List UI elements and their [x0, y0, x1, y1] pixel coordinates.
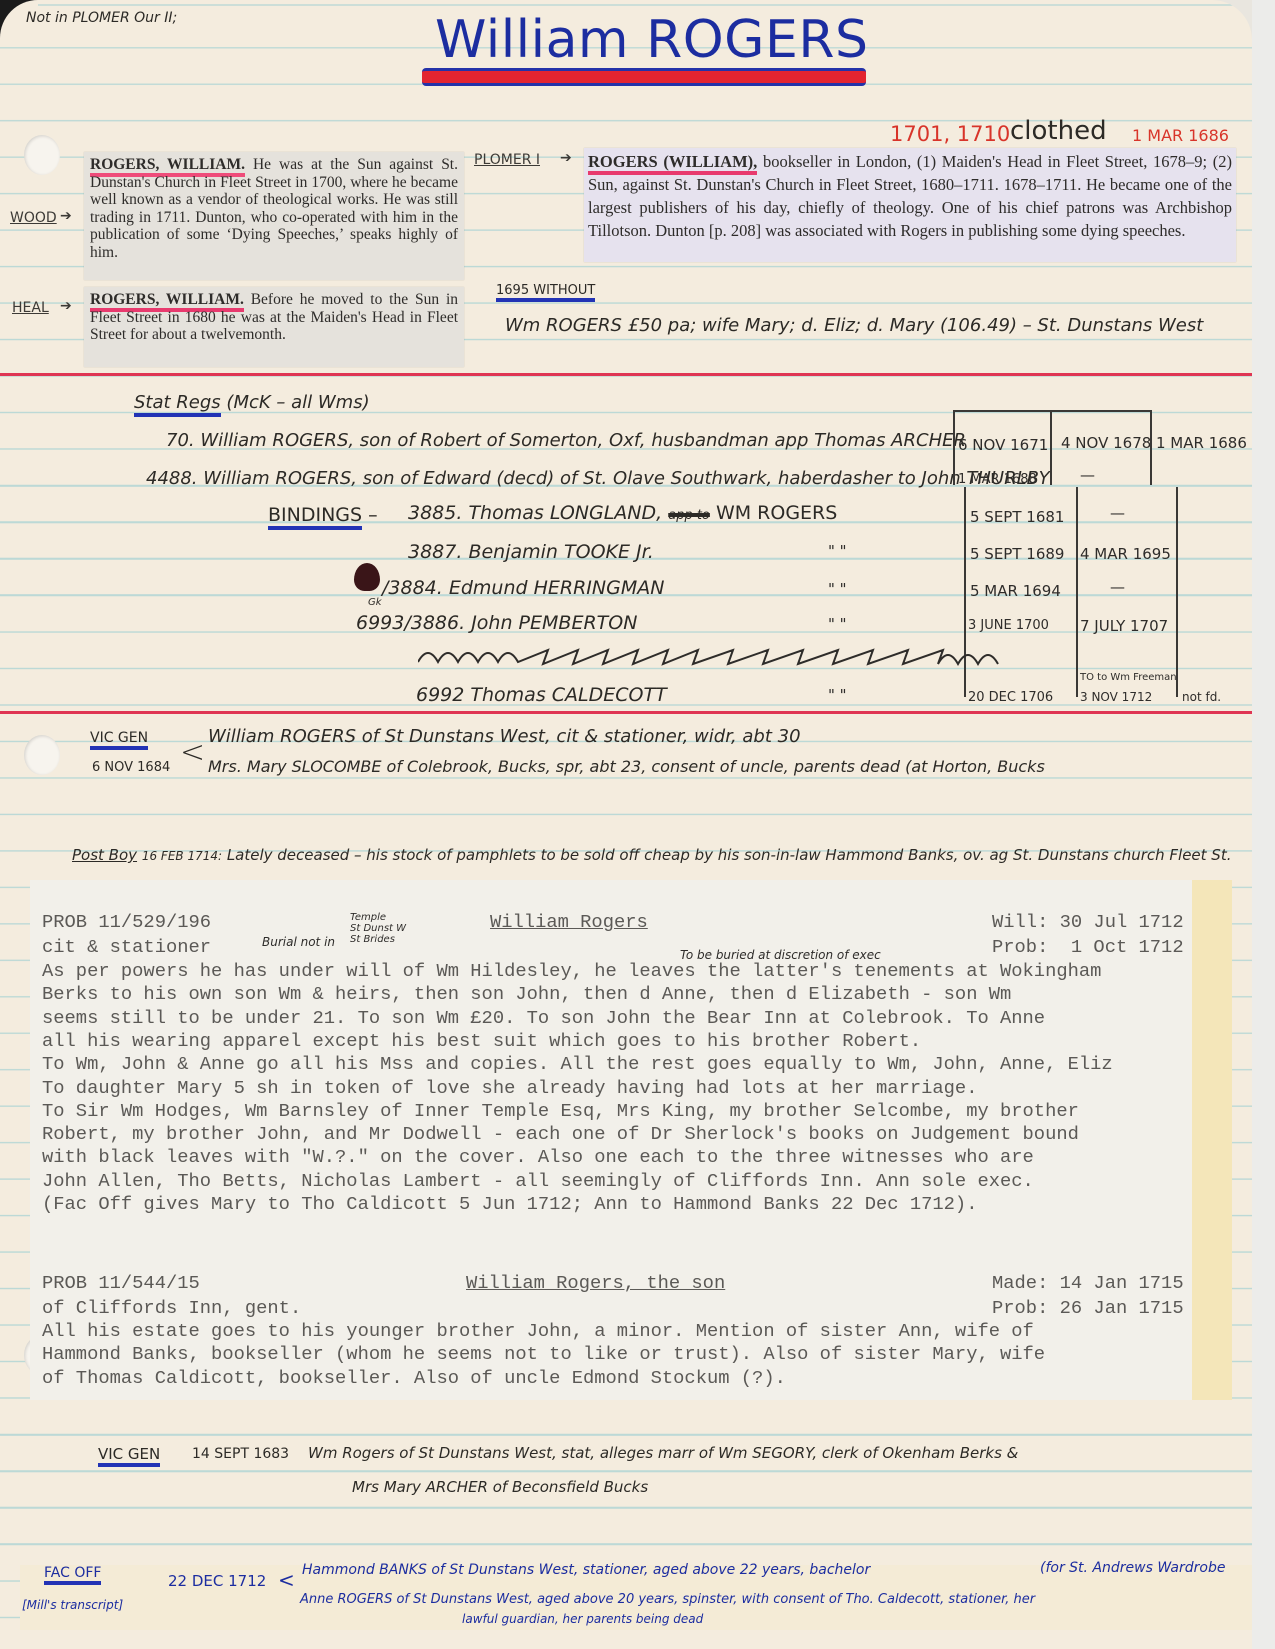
section-divider: [0, 711, 1252, 714]
plomer-label: PLOMER I: [474, 152, 540, 168]
freed-date: 4 MAR 1695: [1080, 545, 1171, 563]
table-rule: [953, 410, 1151, 412]
heal-clipping: ROGERS, WILLIAM. Before he moved to the …: [84, 287, 464, 367]
binding-row: 6993/3886. John PEMBERTON: [356, 612, 637, 634]
freed-note: TO to Wm Freeman: [1080, 672, 1177, 683]
will-text-line: To daughter Mary 5 sh in token of love s…: [42, 1077, 977, 1099]
stat-regs-label: Stat Regs (McK – all Wms): [134, 392, 370, 413]
plomer-name: ROGERS (WILLIAM),: [588, 152, 757, 175]
prob-ref: PROB 11/529/196: [42, 911, 211, 933]
prob-date: Prob: 26 Jan 1715: [992, 1297, 1184, 1319]
table-rule: [1150, 410, 1152, 485]
brace-icon: <: [278, 1568, 295, 1592]
occupation: of Cliffords Inn, gent.: [42, 1297, 301, 1319]
post-boy-entry: Post Boy 16 FEB 1714: Lately deceased – …: [72, 846, 1231, 864]
punch-hole: [24, 735, 60, 775]
will-text-line: with black leaves with "W.?." on the cov…: [42, 1146, 1034, 1168]
clothed-label: clothed: [1010, 116, 1107, 146]
ink-blot: [354, 563, 380, 591]
ditto-mark: " ": [828, 686, 847, 704]
will-text-line: of Thomas Caldicott, bookseller. Also of…: [42, 1367, 786, 1389]
table-rule: [953, 410, 955, 485]
freedom-years: 1701, 1710: [890, 122, 1010, 146]
will-text-line: To Sir Wm Hodges, Wm Barnsley of Inner T…: [42, 1100, 1079, 1122]
section-divider: [0, 373, 1252, 376]
will-date: Will: 30 Jul 1712: [992, 911, 1184, 933]
freed-date: —: [1110, 578, 1125, 596]
prob-date: Prob: 1 Oct 1712: [992, 936, 1184, 958]
occupation: cit & stationer: [42, 936, 211, 958]
will-text-line: Robert, my brother John, and Mr Dodwell …: [42, 1123, 1079, 1145]
fac-off-label: FAC OFF: [44, 1565, 101, 1581]
struck-text: app to: [668, 508, 710, 523]
fac-off-side-note: (for St. Andrews Wardrobe: [1040, 1560, 1225, 1576]
freed-date: —: [1110, 504, 1125, 522]
without-1695-label: 1695 WITHOUT: [496, 283, 595, 302]
bound-date: 1 MAR 1688: [958, 472, 1037, 487]
vic-gen-line: Mrs. Mary SLOCOMBE of Colebrook, Bucks, …: [208, 757, 1045, 776]
binding-row: 3887. Benjamin TOOKE Jr.: [408, 541, 654, 563]
vic-gen-label: VIC GEN: [90, 730, 148, 746]
burial-note: Burial not in: [262, 935, 335, 949]
made-date: Made: 14 Jan 1715: [992, 1272, 1184, 1294]
clothed-date: 1 MAR 1686: [1156, 434, 1247, 452]
header-note: Not in PLOMER Our II;: [26, 10, 177, 26]
arrow-right-icon: ➔: [560, 150, 572, 166]
bound-date: 5 SEPT 1681: [970, 508, 1064, 526]
stat-regs-row: 4488. William ROGERS, son of Edward (dec…: [146, 468, 1050, 489]
will-text-line: As per powers he has under will of Wm Hi…: [42, 960, 1101, 982]
squiggle-separator: [418, 640, 1228, 670]
freed-date: 7 JULY 1707: [1080, 617, 1168, 635]
prob-ref: PROB 11/544/15: [42, 1272, 200, 1294]
prob-title: William Rogers: [490, 911, 648, 933]
tape-strip: [1192, 880, 1232, 1400]
will-text-line: Hammond Banks, bookseller (whom he seems…: [42, 1343, 1045, 1365]
binding-row: 3885. Thomas LONGLAND, app to WM ROGERS: [408, 502, 837, 524]
title-underline: [422, 68, 866, 86]
bindings-label: BINDINGS –: [268, 504, 378, 526]
clothed-date: 1 MAR 1686: [1132, 126, 1229, 145]
binding-row: 6992 Thomas CALDECOTT: [416, 684, 667, 706]
page-title: William ROGERS: [435, 10, 868, 70]
vic-gen-date: 6 NOV 1684: [92, 760, 170, 775]
prob-title: William Rogers, the son: [466, 1272, 725, 1294]
bound-date: 5 MAR 1694: [970, 582, 1061, 600]
vic-gen-date: 14 SEPT 1683: [192, 1446, 289, 1462]
will-text-line: Berks to his own son Wm & heirs, then so…: [42, 983, 1011, 1005]
will-text-line: (Fac Off gives Mary to Tho Caldicott 5 J…: [42, 1193, 977, 1215]
vic-gen-line: Wm Rogers of St Dunstans West, stat, all…: [308, 1444, 1018, 1462]
fac-off-date: 22 DEC 1712: [168, 1572, 266, 1590]
fac-off-sublabel: [Mill's transcript]: [22, 1598, 123, 1612]
ditto-mark: " ": [828, 615, 847, 633]
will-text-line: All his estate goes to his younger broth…: [42, 1320, 1034, 1342]
bound-date: 3 JUNE 1700: [968, 618, 1049, 633]
index-card: Not in PLOMER Our II; William ROGERS 170…: [0, 0, 1252, 1649]
table-rule: [1050, 410, 1052, 485]
will-text-line: John Allen, Tho Betts, Nicholas Lambert …: [42, 1170, 1034, 1192]
will-text-line: seems still to be under 21. To son Wm £2…: [42, 1007, 1045, 1029]
freed-date: 3 NOV 1712: [1080, 690, 1152, 704]
vic-gen-line: William ROGERS of St Dunstans West, cit …: [208, 726, 801, 747]
plomer-clipping: ROGERS (WILLIAM), bookseller in London, …: [584, 148, 1236, 262]
freed-date: —: [1080, 466, 1095, 484]
vic-gen-line: Mrs Mary ARCHER of Beconsfield Bucks: [352, 1478, 648, 1496]
superscript-note: Gk: [368, 597, 382, 608]
will-text-line: To Wm, John & Anne go all his Mss and co…: [42, 1053, 1113, 1075]
without-1695-text: Wm ROGERS £50 pa; wife Mary; d. Eliz; d.…: [505, 315, 1203, 336]
ditto-mark: " ": [828, 580, 847, 598]
vic-gen-label: VIC GEN: [98, 1445, 160, 1463]
bound-date: 20 DEC 1706: [968, 690, 1053, 705]
not-freed-note: not fd.: [1182, 690, 1221, 704]
binding-row: /3884. Edmund HERRINGMAN: [382, 577, 664, 599]
arrow-right-icon: ➔: [60, 298, 72, 314]
brace-icon: <: [180, 735, 205, 770]
bound-date: 5 SEPT 1689: [970, 545, 1064, 563]
fac-off-line: Hammond BANKS of St Dunstans West, stati…: [302, 1562, 870, 1578]
fac-off-line: lawful guardian, her parents being dead: [462, 1612, 703, 1626]
stat-regs-row: 70. William ROGERS, son of Robert of Som…: [166, 430, 966, 451]
ditto-mark: " ": [828, 542, 847, 560]
bound-date: 6 NOV 1671: [958, 436, 1048, 454]
punch-hole: [24, 135, 60, 175]
fac-off-line: Anne ROGERS of St Dunstans West, aged ab…: [300, 1592, 1035, 1607]
arrow-right-icon: ➔: [60, 208, 72, 224]
wood-clipping: ROGERS, WILLIAM. He was at the Sun again…: [84, 152, 464, 280]
wood-label: WOOD: [10, 210, 57, 226]
burial-places: TempleSt Dunst WSt Brides: [350, 912, 406, 945]
freed-date: 4 NOV 1678: [1061, 434, 1151, 452]
will-text-line: all his wearing apparel except his best …: [42, 1030, 921, 1052]
heal-label: HEAL: [12, 300, 49, 316]
background-edge: [1252, 0, 1275, 1649]
